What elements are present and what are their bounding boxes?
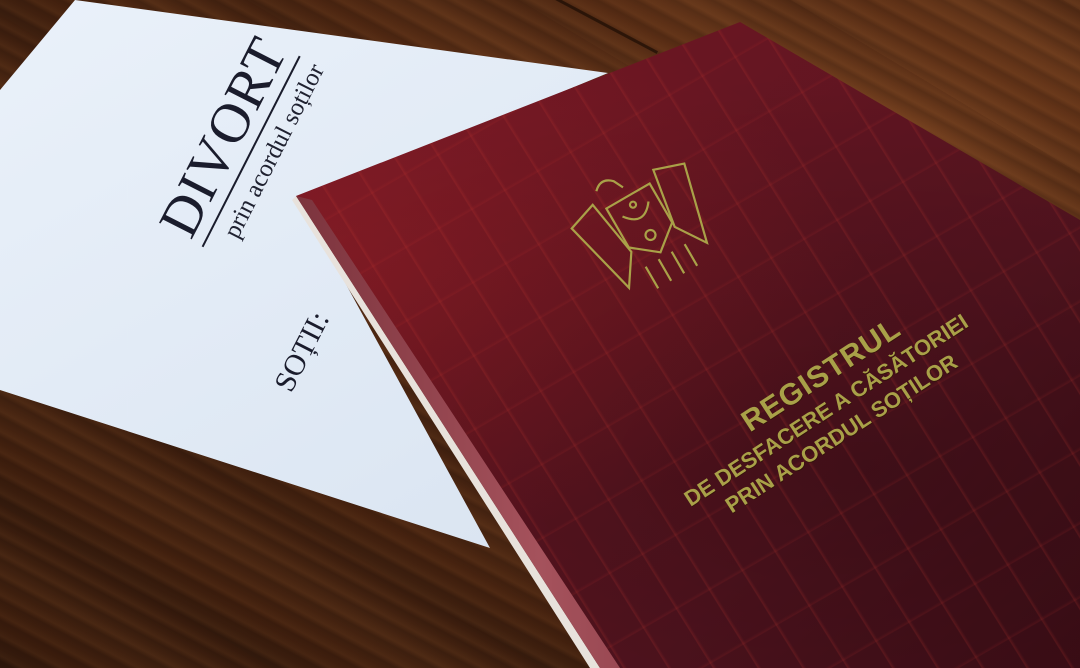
coat-of-arms-icon [558, 152, 728, 292]
paper-heading: DIVORT prin acordul soților [150, 29, 301, 247]
photo-scene: DIVORT prin acordul soților SOȚII: REGIS… [0, 0, 1080, 668]
spouses-label: SOȚII: [268, 306, 337, 397]
